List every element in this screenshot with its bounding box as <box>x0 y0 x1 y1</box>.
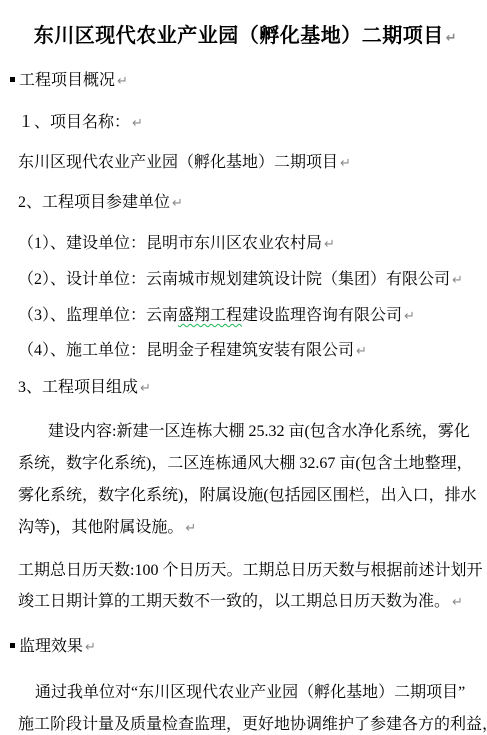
participant-supervision-unit-prefix: （3）、监理单位：云南 <box>18 307 178 324</box>
paragraph-mark: ↵ <box>452 273 463 288</box>
spellcheck-flagged-text: 盛翔工程 <box>178 307 242 324</box>
item-project-name-label-text: １、项目名称： <box>18 114 130 131</box>
paragraph-mark: ↵ <box>140 381 151 396</box>
effect-paragraph: 通过我单位对“东川区现代农业产业园（孵化基地）二期项目” 施工阶段计量及质量检查… <box>18 677 473 735</box>
paragraph-line: 竣工日期计算的工期天数不一致的，以工期总日历天数为准。↵ <box>18 586 473 618</box>
bullet-marker <box>10 77 15 82</box>
paragraph-mark: ↵ <box>85 640 96 655</box>
paragraph-line: 建设内容:新建一区连栋大棚 25.32 亩(包含水净化系统，雾化 <box>18 416 473 448</box>
section-heading-overview: 工程项目概况↵ <box>10 70 473 93</box>
paragraph-line: 工期总日历天数:100 个日历天。工期总日历天数与根据前述计划开 <box>18 555 473 586</box>
item-composition-label-text: 3、工程项目组成 <box>18 379 138 396</box>
paragraph-mark: ↵ <box>404 309 415 324</box>
project-name-text: 东川区现代农业产业园（孵化基地）二期项目 <box>18 154 338 171</box>
document-title: 东川区现代农业产业园（孵化基地）二期项目↵ <box>18 22 473 53</box>
paragraph-line: 雾化系统，数字化系统)，附属设施(包括园区围栏，出入口，排水 <box>18 480 473 512</box>
participant-supervision-unit: （3）、监理单位：云南盛翔工程建设监理咨询有限公司↵ <box>18 305 473 328</box>
item-composition-label: 3、工程项目组成↵ <box>18 377 473 400</box>
paragraph-mark: ↵ <box>340 156 351 171</box>
paragraph-line: 施工阶段计量及质量检查监理，更好地协调维护了参建各方的利益， <box>18 709 473 735</box>
document-page: 东川区现代农业产业园（孵化基地）二期项目↵ 工程项目概况↵ １、项目名称：↵ 东… <box>0 22 487 735</box>
item-participants-label-text: 2、工程项目参建单位 <box>18 194 170 211</box>
participant-design-unit-text: （2）、设计单位：云南城市规划建筑设计院（集团）有限公司 <box>18 271 450 288</box>
participant-builder-unit-text: （4）、施工单位：昆明金子程建筑安装有限公司 <box>18 342 354 359</box>
paragraph-mark: ↵ <box>185 521 196 536</box>
paragraph-line: 系统，数字化系统)，二区连栋通风大棚 32.67 亩(包含土地整理， <box>18 448 473 480</box>
paragraph-mark: ↵ <box>324 237 335 252</box>
paragraph-mark: ↵ <box>132 116 143 131</box>
paragraph-mark: ↵ <box>446 31 457 46</box>
paragraph-line-text: 沟等)，其他附属设施。 <box>18 519 183 536</box>
participant-supervision-unit-suffix: 建设监理咨询有限公司 <box>242 307 402 324</box>
paragraph-mark: ↵ <box>117 74 128 89</box>
participant-construction-unit-text: （1）、建设单位：昆明市东川区农业农村局 <box>18 235 322 252</box>
duration-paragraph: 工期总日历天数:100 个日历天。工期总日历天数与根据前述计划开 竣工日期计算的… <box>18 555 473 618</box>
document-title-text: 东川区现代农业产业园（孵化基地）二期项目 <box>34 25 444 47</box>
paragraph-line-text: 竣工日期计算的工期天数不一致的，以工期总日历天数为准。 <box>18 593 450 610</box>
participant-builder-unit: （4）、施工单位：昆明金子程建筑安装有限公司↵ <box>18 340 473 363</box>
section-heading-effect: 监理效果↵ <box>10 636 473 659</box>
section-heading-overview-text: 工程项目概况 <box>19 72 115 89</box>
construction-content-paragraph: 建设内容:新建一区连栋大棚 25.32 亩(包含水净化系统，雾化 系统，数字化系… <box>18 416 473 545</box>
paragraph-mark: ↵ <box>356 344 367 359</box>
project-name: 东川区现代农业产业园（孵化基地）二期项目↵ <box>18 152 473 175</box>
item-project-name-label: １、项目名称：↵ <box>18 112 473 135</box>
paragraph-line: 沟等)，其他附属设施。↵ <box>18 512 473 545</box>
section-heading-effect-text: 监理效果 <box>19 638 83 655</box>
participant-design-unit: （2）、设计单位：云南城市规划建筑设计院（集团）有限公司↵ <box>18 269 473 292</box>
paragraph-mark: ↵ <box>452 595 463 610</box>
participant-construction-unit: （1）、建设单位：昆明市东川区农业农村局↵ <box>18 233 473 256</box>
item-participants-label: 2、工程项目参建单位↵ <box>18 192 473 215</box>
paragraph-mark: ↵ <box>172 196 183 211</box>
bullet-marker <box>10 643 15 648</box>
paragraph-line: 通过我单位对“东川区现代农业产业园（孵化基地）二期项目” <box>18 677 473 709</box>
